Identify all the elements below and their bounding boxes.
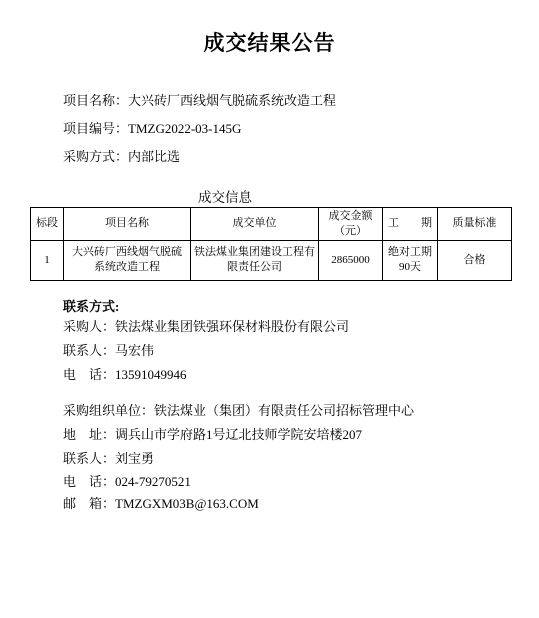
table-header-cell-winner: 成交单位	[191, 208, 319, 241]
field-value: 马宏伟	[115, 343, 154, 358]
organizer-phone-line: 电 话：024-79270521	[63, 474, 191, 490]
table-header-cell-section: 标段	[31, 208, 64, 241]
field-value: 13591049946	[115, 367, 187, 382]
field-label: 项目编号：	[63, 121, 128, 136]
field-value: 大兴砖厂西线烟气脱硫系统改造工程	[128, 93, 336, 108]
contact-person-line: 联系人：马宏伟	[63, 343, 154, 359]
field-label: 采购人：	[63, 319, 115, 334]
field-value: 铁法煤业集团铁强环保材料股份有限公司	[115, 319, 349, 334]
organizer-line: 采购组织单位：铁法煤业（集团）有限责任公司招标管理中心	[63, 403, 414, 419]
table-cell-winner: 铁法煤业集团建设工程有限责任公司	[191, 240, 319, 280]
purchaser-line: 采购人：铁法煤业集团铁强环保材料股份有限公司	[63, 319, 349, 335]
table-header-cell-duration: 工 期	[383, 208, 438, 241]
phone-line: 电 话：13591049946	[63, 367, 187, 383]
field-label: 地 址：	[63, 427, 115, 442]
organizer-contact-person-line: 联系人：刘宝勇	[63, 451, 154, 467]
project-name-line: 项目名称：大兴砖厂西线烟气脱硫系统改造工程	[63, 93, 336, 109]
table-cell-quality: 合格	[438, 240, 512, 280]
field-value: 内部比选	[128, 149, 180, 164]
announcement-document: { "title": "成交结果公告", "project": { "lines…	[0, 0, 539, 618]
field-label: 电 话：	[63, 474, 115, 489]
deal-info-heading: 成交信息	[198, 186, 252, 206]
field-label: 邮 箱：	[63, 496, 115, 511]
field-value: 024-79270521	[115, 474, 191, 489]
deal-info-table: 标段 项目名称 成交单位 成交金额 （元） 工 期 质量标准 1 大兴砖厂西线烟…	[30, 207, 512, 281]
table-cell-amount: 2865000	[319, 240, 383, 280]
procurement-method-line: 采购方式：内部比选	[63, 149, 180, 165]
field-label: 联系人：	[63, 343, 115, 358]
page-title: 成交结果公告	[0, 27, 539, 57]
address-line: 地 址：调兵山市学府路1号辽北技师学院安培楼207	[63, 427, 362, 443]
field-label: 联系人：	[63, 451, 115, 466]
project-number-line: 项目编号：TMZG2022-03-145G	[63, 121, 241, 137]
field-label: 电 话：	[63, 367, 115, 382]
field-label: 采购方式：	[63, 149, 128, 164]
table-header-cell-project-name: 项目名称	[64, 208, 191, 241]
table-row: 1 大兴砖厂西线烟气脱硫系统改造工程 铁法煤业集团建设工程有限责任公司 2865…	[31, 240, 512, 280]
email-line: 邮 箱：TMZGXM03B@163.COM	[63, 496, 259, 512]
field-label: 项目名称：	[63, 93, 128, 108]
field-value: TMZG2022-03-145G	[128, 121, 241, 136]
table-header-cell-amount: 成交金额 （元）	[319, 208, 383, 241]
table-cell-section: 1	[31, 240, 64, 280]
table-header-cell-quality: 质量标准	[438, 208, 512, 241]
contact-heading: 联系方式:	[63, 296, 119, 315]
table-header-row: 标段 项目名称 成交单位 成交金额 （元） 工 期 质量标准	[31, 208, 512, 241]
table-cell-duration: 绝对工期90天	[383, 240, 438, 280]
field-label: 采购组织单位：	[63, 403, 154, 418]
table-cell-project-name: 大兴砖厂西线烟气脱硫系统改造工程	[64, 240, 191, 280]
field-value: 调兵山市学府路1号辽北技师学院安培楼207	[115, 427, 362, 442]
field-value: 刘宝勇	[115, 451, 154, 466]
field-value: 铁法煤业（集团）有限责任公司招标管理中心	[154, 403, 414, 418]
field-value: TMZGXM03B@163.COM	[115, 496, 259, 511]
